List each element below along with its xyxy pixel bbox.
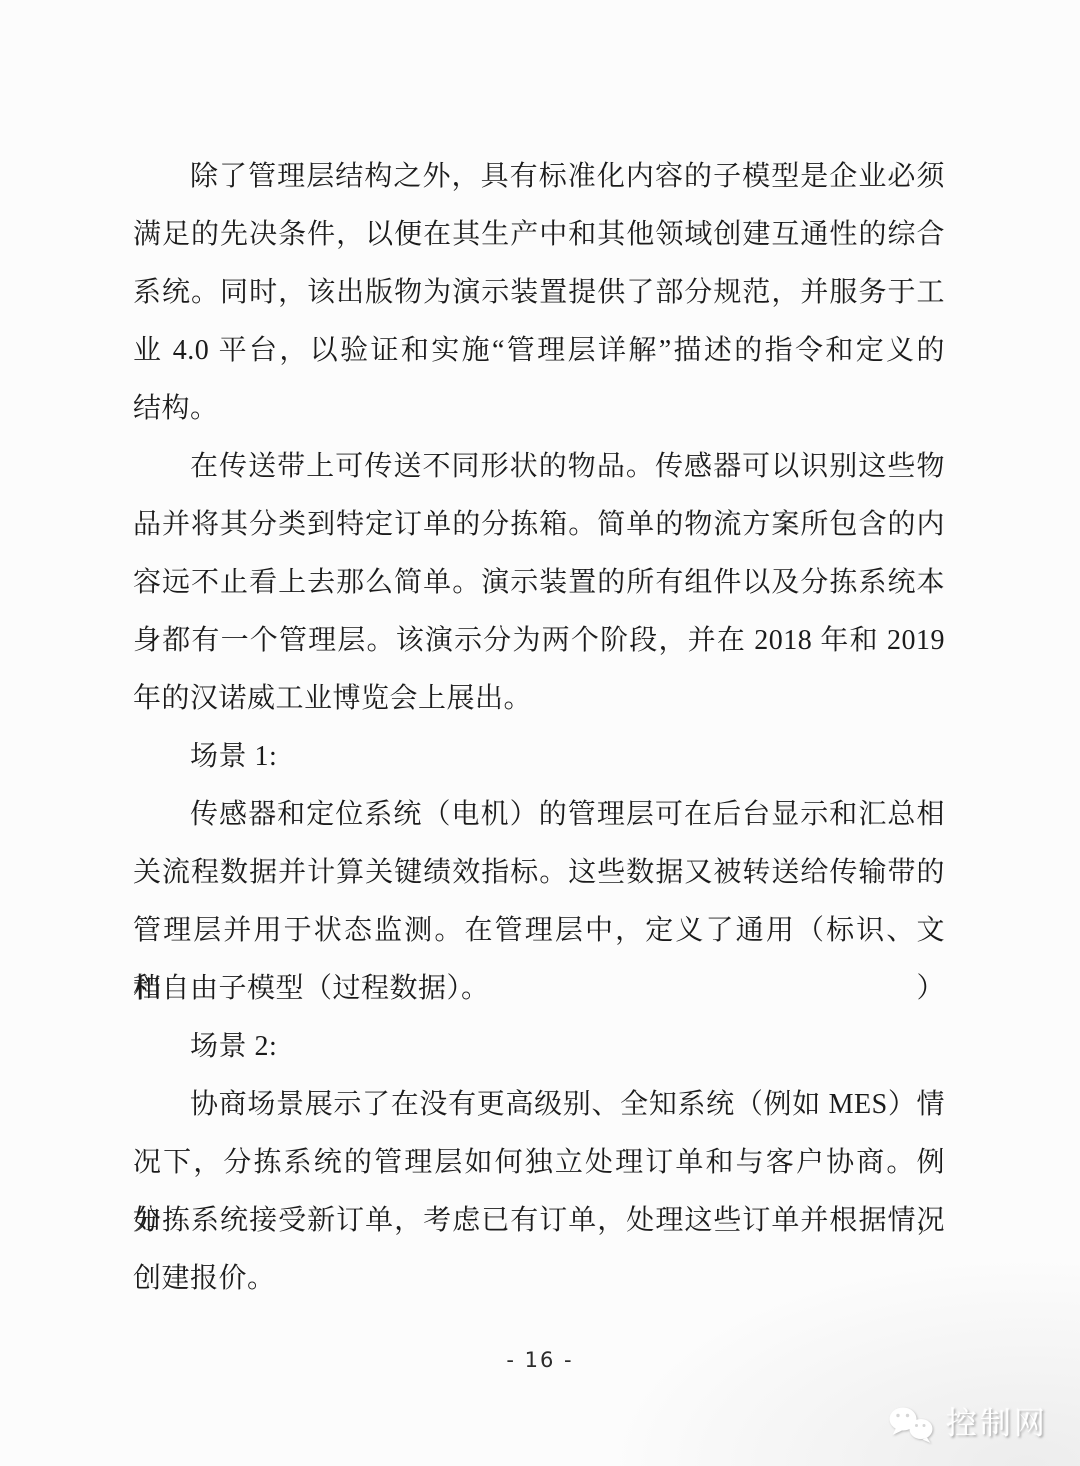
watermark-label: 控制网	[946, 1404, 1048, 1444]
paragraph-line: 身都有一个管理层。该演示分为两个阶段，并在 2018 年和 2019	[133, 612, 945, 670]
paragraph-line: 业 4.0 平台，以验证和实施“管理层详解”描述的指令和定义的	[133, 322, 945, 380]
paragraph-line: 在传送带上可传送不同形状的物品。传感器可以识别这些物	[133, 438, 945, 496]
paragraph-line: 况下，分拣系统的管理层如何独立处理订单和与客户协商。例如，	[133, 1134, 945, 1192]
paragraph-line: 满足的先决条件，以便在其生产中和其他领域创建互通性的综合	[133, 206, 945, 264]
paragraph: 除了管理层结构之外，具有标准化内容的子模型是企业必须 满足的先决条件，以便在其生…	[133, 148, 945, 438]
paragraph-line: 系统。同时，该出版物为演示装置提供了部分规范，并服务于工	[133, 264, 945, 322]
paragraph-line: 结构。	[133, 380, 945, 438]
wechat-icon	[887, 1404, 937, 1444]
paragraph-line: 协商场景展示了在没有更高级别、全知系统（例如 MES）情	[133, 1076, 945, 1134]
scenario-2-heading: 场景 2:	[133, 1018, 945, 1076]
paragraph-line: 除了管理层结构之外，具有标准化内容的子模型是企业必须	[133, 148, 945, 206]
paragraph-line: 品并将其分类到特定订单的分拣箱。简单的物流方案所包含的内	[133, 496, 945, 554]
paragraph-line: 传感器和定位系统（电机）的管理层可在后台显示和汇总相	[133, 786, 945, 844]
paragraph-line: 容远不止看上去那么简单。演示装置的所有组件以及分拣系统本	[133, 554, 945, 612]
scenario-1-heading: 场景 1:	[133, 728, 945, 786]
document-page: { "page": { "number_label": "- 16 -" }, …	[0, 0, 1080, 1466]
paragraph: 传感器和定位系统（电机）的管理层可在后台显示和汇总相 关流程数据并计算关键绩效指…	[133, 786, 945, 1018]
paragraph-line: 年的汉诺威工业博览会上展出。	[133, 670, 945, 728]
watermark: 控制网	[887, 1404, 1048, 1444]
paragraph-line: 管理层并用于状态监测。在管理层中，定义了通用（标识、文档）	[133, 902, 945, 960]
page-number: - 16 -	[0, 1348, 1080, 1372]
paragraph-line: 创建报价。	[133, 1250, 945, 1308]
document-body-text: 除了管理层结构之外，具有标准化内容的子模型是企业必须 满足的先决条件，以便在其生…	[133, 148, 945, 1308]
paragraph-line: 关流程数据并计算关键绩效指标。这些数据又被转送给传输带的	[133, 844, 945, 902]
paragraph: 在传送带上可传送不同形状的物品。传感器可以识别这些物 品并将其分类到特定订单的分…	[133, 438, 945, 728]
paragraph: 协商场景展示了在没有更高级别、全知系统（例如 MES）情 况下，分拣系统的管理层…	[133, 1076, 945, 1308]
paragraph-line: 分拣系统接受新订单，考虑已有订单，处理这些订单并根据情况	[133, 1192, 945, 1250]
